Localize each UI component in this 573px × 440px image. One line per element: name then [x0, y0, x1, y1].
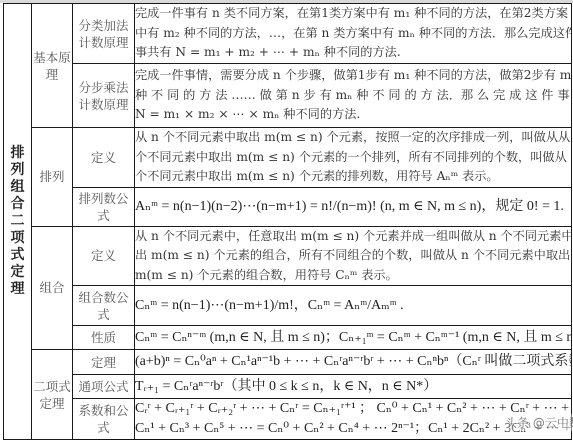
formula-table: 排 列 组 合 二 项 式 定 理 基本原理 分类加法计数原理 完成一件事有 n…	[3, 3, 572, 440]
category-title: 排 列 组 合 二 项 式 定 理	[4, 4, 32, 440]
content-line: 事共有 N = m₁ + m₂ + ⋯ + mₙ 种不同的方法.	[135, 43, 571, 63]
item-permutation-definition-label: 定义	[73, 128, 135, 188]
formula-line: Tᵣ₊₁ = Cₙʳaⁿ⁻ʳbʳ（其中 0 ≤ k ≤ n，k ∈ N，n ∈ …	[135, 377, 571, 397]
row-coefficient-sum: 系数和公式 Cᵣʳ + Cᵣ₊₁ʳ + Cᵣ₊₂ʳ + ⋯ + Cₙʳ = Cₙ…	[4, 399, 572, 440]
section-permutation-label: 排列	[32, 128, 73, 227]
category-char: 排	[4, 145, 31, 162]
item-general-term-label: 通项公式	[73, 375, 135, 399]
combination-property-content: Cₙᵐ = Cₙⁿ⁻ᵐ (m,n ∈ N, 且 m ≤ n)；Cₙ₊₁ᵐ = C…	[135, 326, 572, 350]
content-line: 中有 m₂ 种不同的方法，…，在第 n 类方案中有 mₙ 种不同的方法．那么完成…	[135, 24, 571, 44]
content-line: 出 m(m ≤ n) 个元素的组合，所有不同组合的个数，叫做从 n 个不同元素中…	[135, 246, 571, 266]
formula-line: (a+b)ⁿ = Cₙ⁰aⁿ + Cₙ¹aⁿ⁻¹b + ⋯ + Cₙʳaⁿ⁻ʳb…	[135, 352, 571, 372]
permutation-definition-content: 从 n 个不同元素中取出 m(m ≤ n) 个元素，按照一定的次序排成一列，叫做…	[135, 128, 572, 188]
content-line: 完成一件事情，需要分成 n 个步骤，做第1步有 m₁ 种不同的方法，做第2步有 …	[135, 66, 571, 86]
category-char: 二	[4, 213, 31, 230]
row-combination-property: 性质 Cₙᵐ = Cₙⁿ⁻ᵐ (m,n ∈ N, 且 m ≤ n)；Cₙ₊₁ᵐ …	[4, 326, 572, 350]
item-permutation-formula-label: 排列数公式	[73, 187, 135, 226]
formula-line: Cₙᵐ = Cₙⁿ⁻ᵐ (m,n ∈ N, 且 m ≤ n)；Cₙ₊₁ᵐ = C…	[135, 328, 571, 348]
row-multiplication-principle: 分步乘法计数原理 完成一件事情，需要分成 n 个步骤，做第1步有 m₁ 种不同的…	[4, 64, 572, 128]
row-combination-definition: 组合 定义 从 n 个不同元素中，任意取出 m(m ≤ n) 个元素并成一组叫做…	[4, 226, 572, 286]
item-binomial-theorem-label: 定理	[73, 350, 135, 375]
content-line: 个不同元素中取出 m(m ≤ n) 个元素的一个排列，所有不同排列的个数，叫做从…	[135, 148, 571, 168]
section-binomial-label: 二项式定理	[32, 350, 73, 440]
item-addition-label: 分类加法计数原理	[73, 4, 135, 64]
general-term-content: Tᵣ₊₁ = Cₙʳaⁿ⁻ʳbʳ（其中 0 ≤ k ≤ n，k ∈ N，n ∈ …	[135, 375, 572, 399]
row-addition-principle: 排 列 组 合 二 项 式 定 理 基本原理 分类加法计数原理 完成一件事有 n…	[4, 4, 572, 64]
watermark: 头条 @云中数学	[505, 414, 573, 431]
row-permutation-definition: 排列 定义 从 n 个不同元素中取出 m(m ≤ n) 个元素，按照一定的次序排…	[4, 128, 572, 188]
content-line: 完成一件事有 n 类不同方案，在第1类方案中有 m₁ 种不同的方法，在第2类方案	[135, 4, 571, 24]
section-combination-label: 组合	[32, 226, 73, 350]
item-multiplication-label: 分步乘法计数原理	[73, 64, 135, 128]
category-char: 组	[4, 179, 31, 196]
category-char: 定	[4, 264, 31, 281]
formula-line: Aₙᵐ = n(n−1)(n−2)⋯(n−m+1) = n!/(n−m)! (n…	[135, 197, 571, 217]
addition-content: 完成一件事有 n 类不同方案，在第1类方案中有 m₁ 种不同的方法，在第2类方案…	[135, 4, 572, 64]
binomial-theorem-content: (a+b)ⁿ = Cₙ⁰aⁿ + Cₙ¹aⁿ⁻¹b + ⋯ + Cₙʳaⁿ⁻ʳb…	[135, 350, 572, 375]
content-line: 个不同元素中取出 m(m ≤ n) 个元素的排列数，用符号 Aₙᵐ 表示。	[135, 167, 571, 187]
item-coefficient-sum-label: 系数和公式	[73, 399, 135, 440]
row-general-term: 通项公式 Tᵣ₊₁ = Cₙʳaⁿ⁻ʳbʳ（其中 0 ≤ k ≤ n，k ∈ N…	[4, 375, 572, 399]
content-line: N = m₁ × m₂ × ⋯ × mₙ 种不同的方法.	[135, 105, 571, 125]
category-char: 列	[4, 162, 31, 179]
combination-definition-content: 从 n 个不同元素中，任意取出 m(m ≤ n) 个元素并成一组叫做从 n 个不…	[135, 226, 572, 286]
content-line: 种 不 同 的 方 法 …… 做 第 n 步 有 mₙ 种 不 同 的 方 法．…	[135, 86, 571, 106]
category-char: 合	[4, 196, 31, 213]
item-combination-property-label: 性质	[73, 326, 135, 350]
category-char: 式	[4, 247, 31, 264]
permutation-formula-content: Aₙᵐ = n(n−1)(n−2)⋯(n−m+1) = n!/(n−m)! (n…	[135, 187, 572, 226]
item-combination-formula-label: 组合数公式	[73, 286, 135, 326]
section-basic-label: 基本原理	[32, 4, 73, 128]
item-combination-definition-label: 定义	[73, 226, 135, 286]
category-char: 项	[4, 230, 31, 247]
category-char: 理	[4, 281, 31, 298]
row-combination-formula: 组合数公式 Cₙᵐ = n(n−1)⋯(n−m+1)/m!，Cₙᵐ = Aₙᵐ/…	[4, 286, 572, 326]
formula-line: Cₙᵐ = n(n−1)⋯(n−m+1)/m!，Cₙᵐ = Aₙᵐ/Aₘᵐ .	[135, 296, 571, 316]
content-line: m(m ≤ n) 个元素的组合数，用符号 Cₙᵐ 表示。	[135, 266, 571, 286]
combination-formula-content: Cₙᵐ = n(n−1)⋯(n−m+1)/m!，Cₙᵐ = Aₙᵐ/Aₘᵐ .	[135, 286, 572, 326]
row-permutation-formula: 排列数公式 Aₙᵐ = n(n−1)(n−2)⋯(n−m+1) = n!/(n−…	[4, 187, 572, 226]
multiplication-content: 完成一件事情，需要分成 n 个步骤，做第1步有 m₁ 种不同的方法，做第2步有 …	[135, 64, 572, 128]
content-line: 从 n 个不同元素中取出 m(m ≤ n) 个元素，按照一定的次序排成一列，叫做…	[135, 128, 571, 148]
row-binomial-theorem: 二项式定理 定理 (a+b)ⁿ = Cₙ⁰aⁿ + Cₙ¹aⁿ⁻¹b + ⋯ +…	[4, 350, 572, 375]
content-line: 从 n 个不同元素中，任意取出 m(m ≤ n) 个元素并成一组叫做从 n 个不…	[135, 227, 571, 247]
